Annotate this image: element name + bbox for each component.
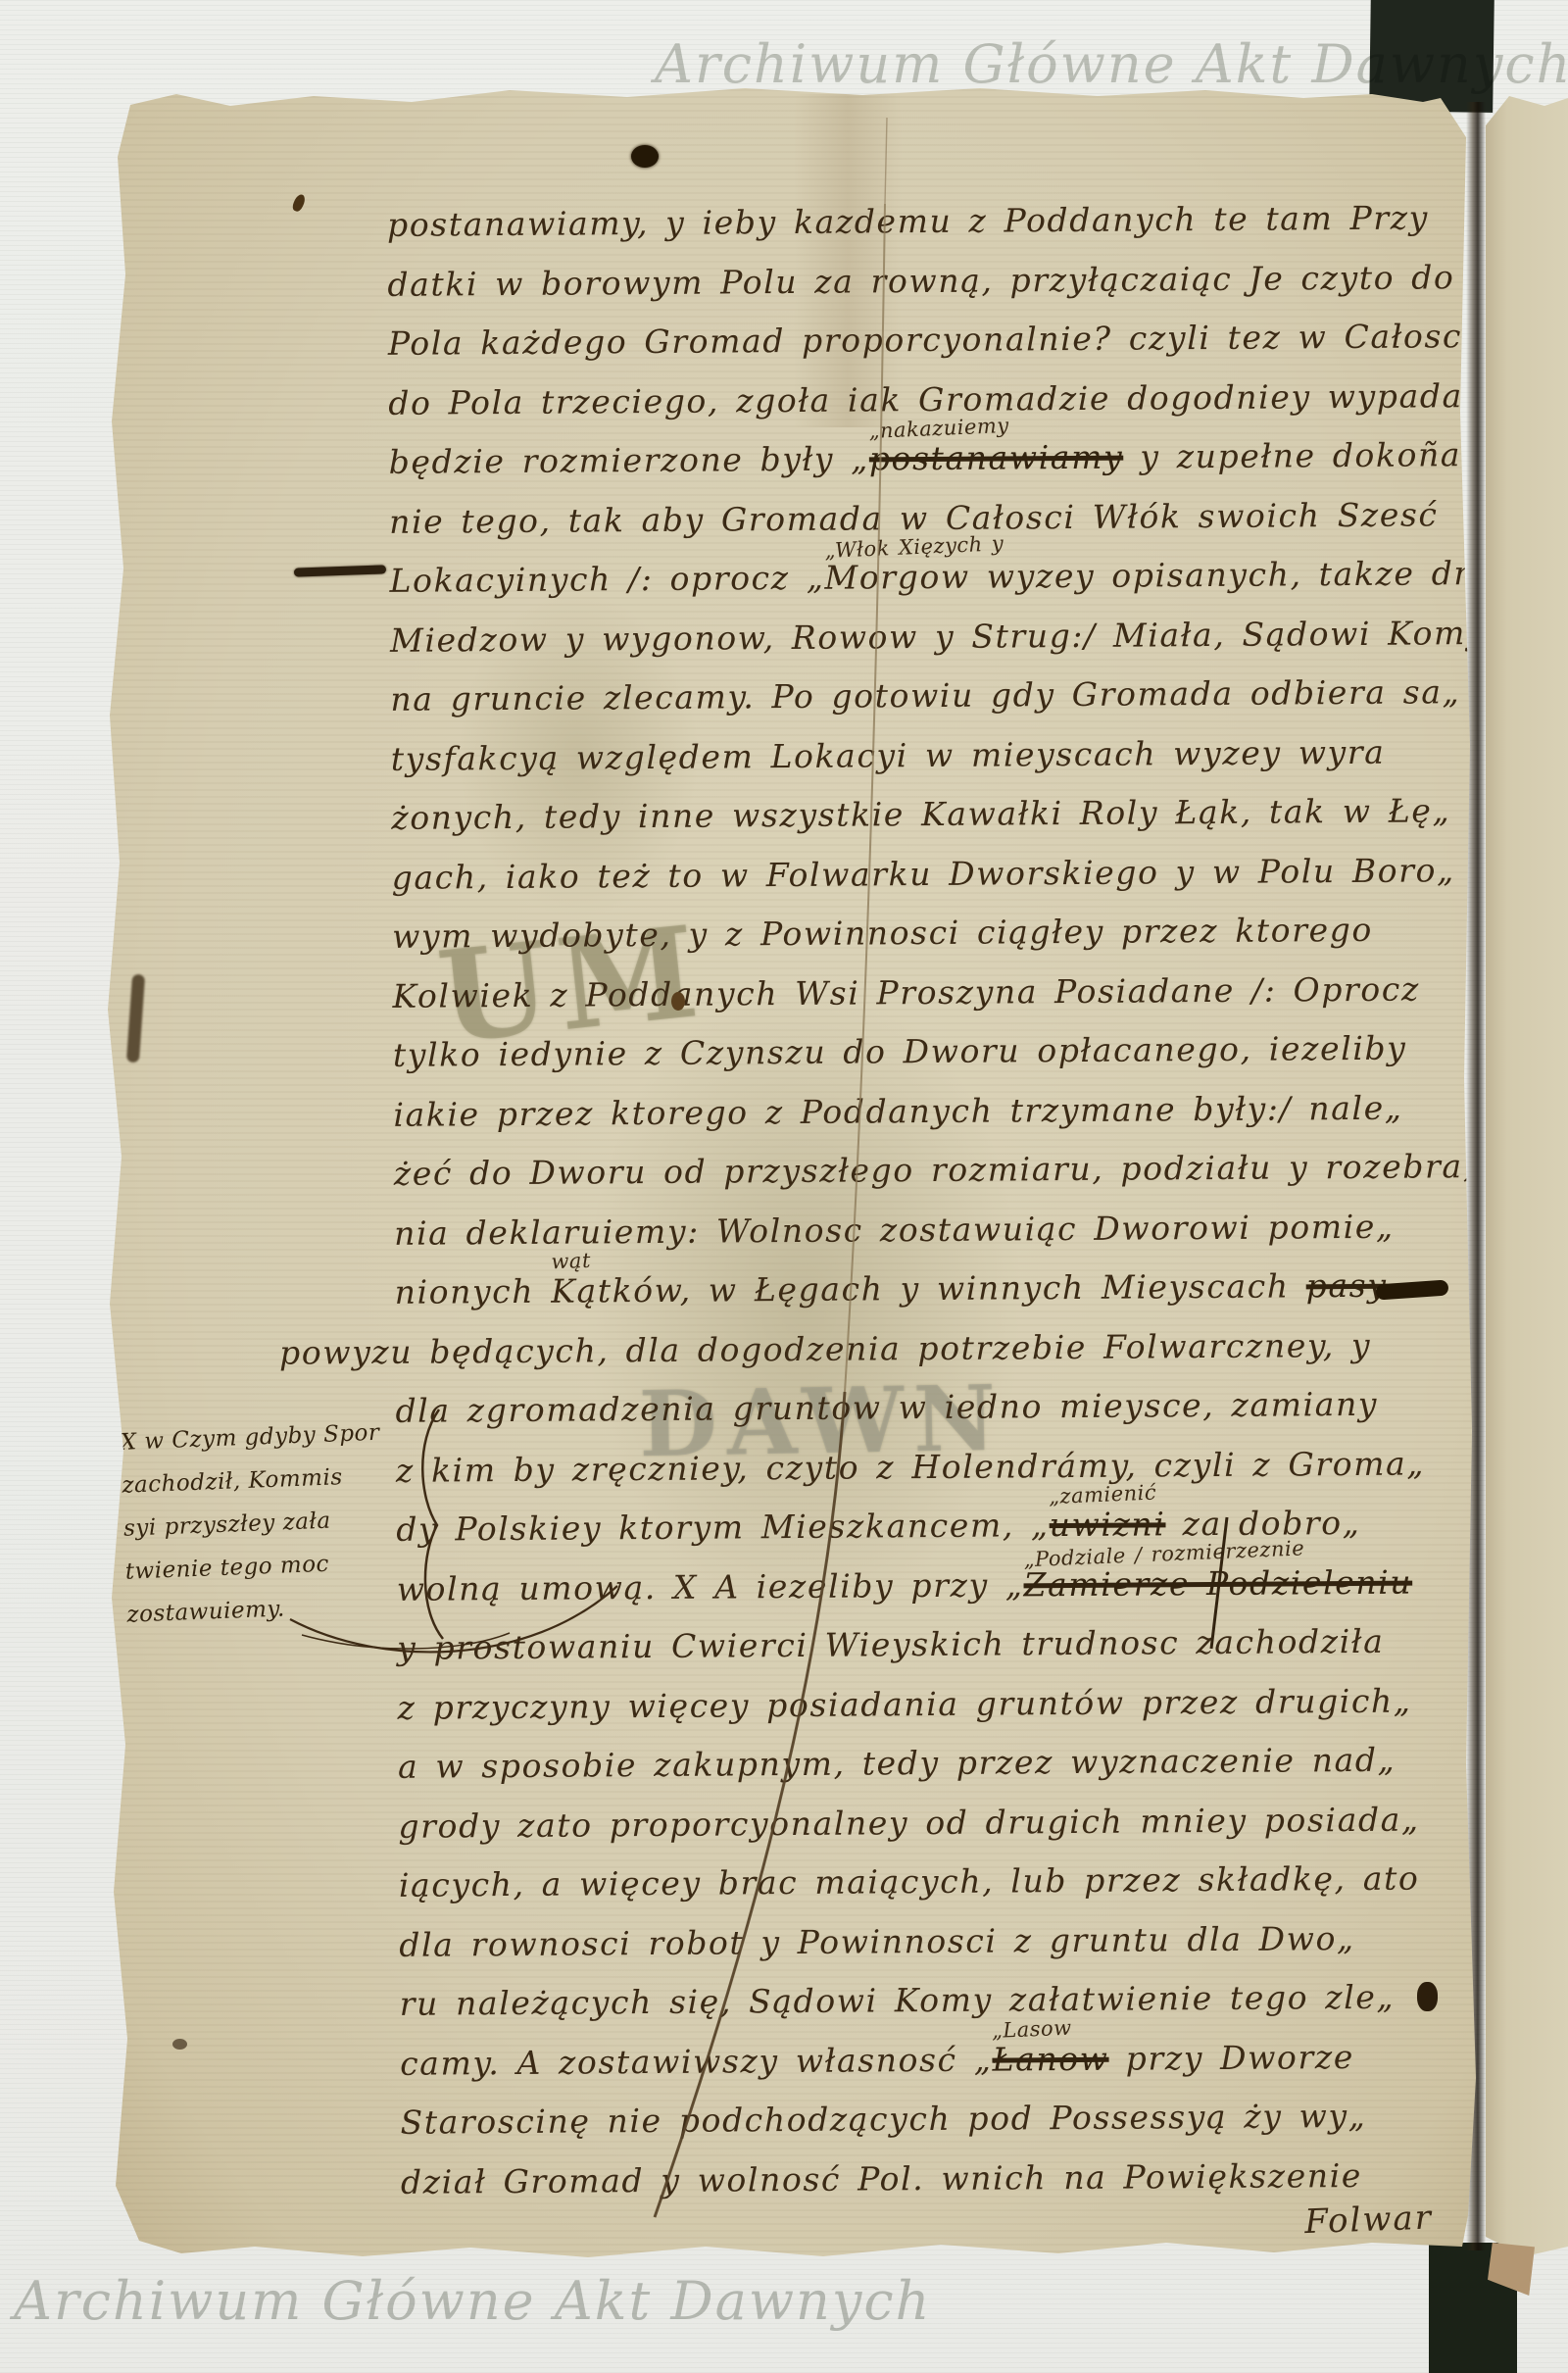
adjacent-page-edge	[1484, 0, 1568, 2373]
text-segment: będzie rozmierzone były „	[389, 439, 869, 480]
text-segment: na gruncie zlecamy. Po gotowiu gdy Groma…	[390, 672, 1460, 718]
text-segment: powyzu będących, dla dogodzenia potrzebi…	[279, 1325, 1371, 1371]
struck-text: postanawiamy	[869, 438, 1124, 478]
text-segment: dział Gromad y wolnosć Pol. wnich na Pow…	[401, 2155, 1362, 2200]
text-segment: z kim by zręczniey, czyto z Holendrámy, …	[396, 1444, 1425, 1489]
text-segment: camy. A zostawiwszy własnosć „	[400, 2040, 993, 2082]
text-segment: Staroscinę nie podchodzących pod Possess…	[400, 2097, 1366, 2142]
text-line: dy Polskiey ktorym Mieszkancem, „„zamien…	[396, 1493, 1474, 1559]
struck-text: Łanow	[992, 2039, 1108, 2078]
ink-speck	[408, 82, 419, 93]
manuscript-page: UM DAWN postanawiamy, y ieby kazdemu z P…	[0, 0, 1568, 2373]
text-line: tysfakcyą względem Lokacyi w mieyscach w…	[391, 722, 1469, 789]
text-line: y prostowaniu Cwierci Wieyskich trudnosc…	[397, 1611, 1475, 1678]
catchword-flourish	[1256, 2254, 1427, 2270]
text-line: z przyczyny więcey posiadania gruntów pr…	[397, 1671, 1475, 1738]
text-line: nionych wątKątków, w Łęgach y winnych Mi…	[394, 1256, 1472, 1322]
text-segment: iakie przez ktorego z Poddanych trzymane…	[393, 1088, 1402, 1133]
text-segment: y zupełne dokoña„	[1123, 435, 1480, 476]
text-line: powyzu będących, dla dogodzenia potrzebi…	[279, 1315, 1473, 1383]
text-line: gach, iako też to w Folwarku Dworskiego …	[391, 841, 1469, 908]
catchword-flourish-2	[1274, 2272, 1423, 2284]
text-segment: dy Polskiey ktorym Mieszkancem, „	[396, 1506, 1050, 1549]
struck-text: Zamierze Podzieleniu	[1023, 1562, 1412, 1604]
text-segment: iących, a więcey brac maiących, lub prze…	[399, 1859, 1420, 1904]
text-line: ru należących się, Sądowi Komy załatwien…	[400, 1967, 1478, 2034]
text-segment: żonych, tedy inne wszystkie Kawałki Roly…	[391, 791, 1450, 837]
text-line: tylko iedynie z Czynszu do Dworu opłacan…	[393, 1018, 1471, 1085]
struck-text: pasy	[1306, 1266, 1388, 1306]
text-segment: wym wydobyte, y z Powinnosci ciągłey prz…	[392, 911, 1373, 956]
text-line: grody zato proporcyonalney od drugich mn…	[398, 1790, 1476, 1856]
text-segment: wolną umową. X A iezeliby przy „	[397, 1565, 1024, 1607]
text-line: na gruncie zlecamy. Po gotowiu gdy Groma…	[390, 663, 1468, 729]
watermark-top: Archiwum Główne Akt Dawnych	[655, 33, 1568, 95]
text-segment: Lokacyinych /: oprocz „	[389, 559, 824, 600]
text-line: będzie rozmierzone były „„nakazuiemypost…	[389, 425, 1467, 492]
text-segment: Kolwiek z Poddanych Wsi Proszyna Posiada…	[392, 969, 1420, 1014]
text-line: a w sposobie zakupnym, tedy przez wyznac…	[398, 1730, 1476, 1797]
margin-note: X w Czym gdyby Sporzachodził, Kommissyi …	[120, 1409, 421, 1636]
text-line: datki w borowym Polu za rowną, przyłącza…	[387, 248, 1465, 315]
text-segment: tylko iedynie z Czynszu do Dworu opłacan…	[393, 1029, 1407, 1074]
text-segment: y prostowaniu Cwierci Wieyskich trudnosc…	[397, 1622, 1384, 1667]
text-segment: Miedzow y wygonow, Rowow y Strug:/ Miała…	[390, 614, 1486, 660]
text-line: żonych, tedy inne wszystkie Kawałki Roly…	[391, 781, 1469, 848]
archival-scan: Archiwum Główne Akt Dawnych Archiwum Głó…	[0, 0, 1568, 2373]
text-segment: a w sposobie zakupnym, tedy przez wyznac…	[398, 1741, 1396, 1786]
text-segment: ru należących się, Sądowi Komy załatwien…	[400, 1978, 1396, 2023]
text-segment: tysfakcyą względem Lokacyi w mieyscach w…	[391, 732, 1386, 777]
watermark-bottom: Archiwum Główne Akt Dawnych	[14, 2270, 931, 2332]
text-line: postanawiamy, y ieby kazdemu z Poddanych…	[387, 188, 1465, 255]
text-line: wym wydobyte, y z Powinnosci ciągłey prz…	[392, 900, 1470, 966]
paper-stain	[172, 2039, 187, 2050]
margin-note-text: X w Czym gdyby Sporzachodził, Kommissyi …	[120, 1409, 421, 1636]
text-segment: dla rownosci robot y Powinnosci z gruntu…	[399, 1919, 1355, 1964]
text-segment: postanawiamy, y ieby kazdemu z Poddanych…	[387, 198, 1429, 243]
text-line: Pola każdego Gromad proporcyonalnie? czy…	[388, 307, 1466, 373]
text-line: wolną umową. X A iezeliby przy „„Podzial…	[397, 1553, 1475, 1619]
text-segment: dla zgromadzenia gruntow w iedno mieysce…	[395, 1385, 1378, 1430]
text-line: żeć do Dworu od przyszłego rozmiaru, pod…	[394, 1137, 1472, 1204]
text-segment: przy Dworze	[1108, 2038, 1354, 2078]
text-segment: grody zato proporcyonalney od drugich mn…	[398, 1800, 1419, 1845]
text-line: Staroscinę nie podchodzących pod Possess…	[400, 2086, 1478, 2152]
text-segment: Morgow wyzey opisanych, takze dróg	[824, 554, 1514, 597]
edge-ink-streak	[126, 974, 145, 1063]
text-line: iących, a więcey brac maiących, lub prze…	[399, 1849, 1477, 1915]
ink-comma-mark	[291, 193, 307, 214]
text-segment: Kątków, w Łęgach y winnych Mieyscach	[551, 1266, 1306, 1310]
text-line: dla zgromadzenia gruntow w iedno mieysce…	[395, 1374, 1473, 1441]
text-segment: Pola każdego Gromad proporcyonalnie? czy…	[388, 317, 1475, 363]
text-line: z kim by zręczniey, czyto z Holendrámy, …	[396, 1434, 1474, 1501]
text-segment: nia deklaruiemy: Wolnosc zostawuiąc Dwor…	[394, 1207, 1395, 1252]
text-line: dla rownosci robot y Powinnosci z gruntu…	[399, 1908, 1477, 1975]
ink-blot	[631, 145, 659, 168]
text-segment: nionych	[395, 1272, 552, 1311]
text-line: Kolwiek z Poddanych Wsi Proszyna Posiada…	[392, 960, 1470, 1026]
text-segment: z przyczyny więcey posiadania gruntów pr…	[397, 1681, 1411, 1726]
text-line: camy. A zostawiwszy własnosć „„LasowŁano…	[400, 2027, 1478, 2094]
text-line: Lokacyinych /: oprocz „„Włok Xięzych yMo…	[389, 544, 1467, 611]
text-line: iakie przez ktorego z Poddanych trzymane…	[393, 1078, 1471, 1145]
text-segment: żeć do Dworu od przyszłego rozmiaru, pod…	[394, 1147, 1482, 1193]
text-segment: datki w borowym Polu za rowną, przyłącza…	[387, 258, 1454, 304]
text-segment: gach, iako też to w Folwarku Dworskiego …	[392, 851, 1455, 897]
text-line: Miedzow y wygonow, Rowow y Strug:/ Miała…	[390, 604, 1468, 670]
manuscript-text: postanawiamy, y ieby kazdemu z Poddanych…	[387, 188, 1479, 2212]
ink-dash-smudge	[294, 565, 386, 576]
